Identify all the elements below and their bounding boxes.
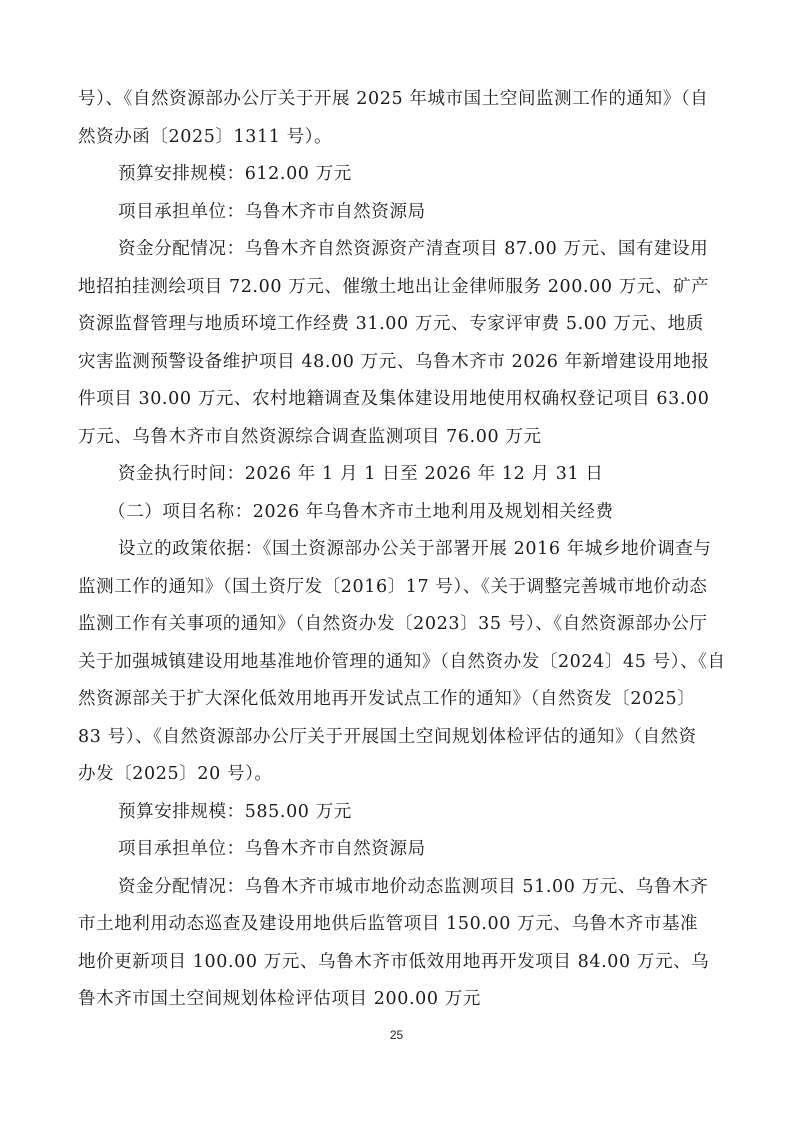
- text-line: 83 号）、《自然资源部办公厅关于开展国土空间规划体检评估的通知》（自然资: [78, 726, 718, 748]
- budget-scale-1: 预算安排规模：612.00 万元: [118, 163, 758, 185]
- execution-time: 资金执行时间：2026 年 1 月 1 日至 2026 年 12 月 31 日: [118, 463, 758, 485]
- section-heading: （二）项目名称：2026 年乌鲁木齐市土地利用及规划相关经费: [108, 501, 748, 523]
- project-unit-1: 项目承担单位：乌鲁木齐市自然资源局: [118, 201, 758, 223]
- text-line: 号）、《自然资源部办公厅关于开展 2025 年城市国土空间监测工作的通知》（自: [78, 88, 718, 110]
- text-line: 监测工作的通知》（国土资厅发〔2016〕17 号）、《关于调整完善城市地价动态: [78, 576, 718, 598]
- project-unit-2: 项目承担单位：乌鲁木齐市自然资源局: [118, 838, 758, 860]
- text-line: 灾害监测预警设备维护项目 48.00 万元、乌鲁木齐市 2026 年新增建设用地…: [78, 351, 718, 373]
- text-line: 监测工作有关事项的通知》（自然资办发〔2023〕35 号）、《自然资源部办公厅: [78, 613, 718, 635]
- text-line: 地价更新项目 100.00 万元、乌鲁木齐市低效用地再开发项目 84.00 万元…: [78, 951, 718, 973]
- page-number: 25: [0, 1028, 793, 1042]
- text-line: 资源监督管理与地质环境工作经费 31.00 万元、专家评审费 5.00 万元、地…: [78, 313, 718, 335]
- text-line: 鲁木齐市国土空间规划体检评估项目 200.00 万元: [78, 988, 718, 1010]
- budget-scale-2: 预算安排规模：585.00 万元: [118, 801, 758, 823]
- text-line: 然资源部关于扩大深化低效用地再开发试点工作的通知》（自然资发〔2025〕: [78, 688, 718, 710]
- document-page: 号）、《自然资源部办公厅关于开展 2025 年城市国土空间监测工作的通知》（自 …: [0, 0, 793, 1122]
- text-line: 然资办函〔2025〕1311 号）。: [78, 126, 718, 148]
- text-line: 件项目 30.00 万元、农村地籍调查及集体建设用地使用权确权登记项目 63.0…: [78, 388, 718, 410]
- text-line: 市土地利用动态巡查及建设用地供后监管项目 150.00 万元、乌鲁木齐市基准: [78, 913, 718, 935]
- text-line: 万元、乌鲁木齐市自然资源综合调查监测项目 76.00 万元: [78, 426, 718, 448]
- text-line: 关于加强城镇建设用地基准地价管理的通知》（自然资办发〔2024〕45 号）、《自: [78, 651, 718, 673]
- fund-allocation-2: 资金分配情况：乌鲁木齐市城市地价动态监测项目 51.00 万元、乌鲁木齐: [118, 876, 758, 898]
- text-line: 办发〔2025〕20 号）。: [78, 763, 718, 785]
- text-line: 地招拍挂测绘项目 72.00 万元、催缴土地出让金律师服务 200.00 万元、…: [78, 276, 718, 298]
- policy-basis: 设立的政策依据：《国土资源部办公关于部署开展 2016 年城乡地价调查与: [118, 538, 758, 560]
- fund-allocation-1: 资金分配情况：乌鲁木齐自然资源资产清查项目 87.00 万元、国有建设用: [118, 238, 758, 260]
